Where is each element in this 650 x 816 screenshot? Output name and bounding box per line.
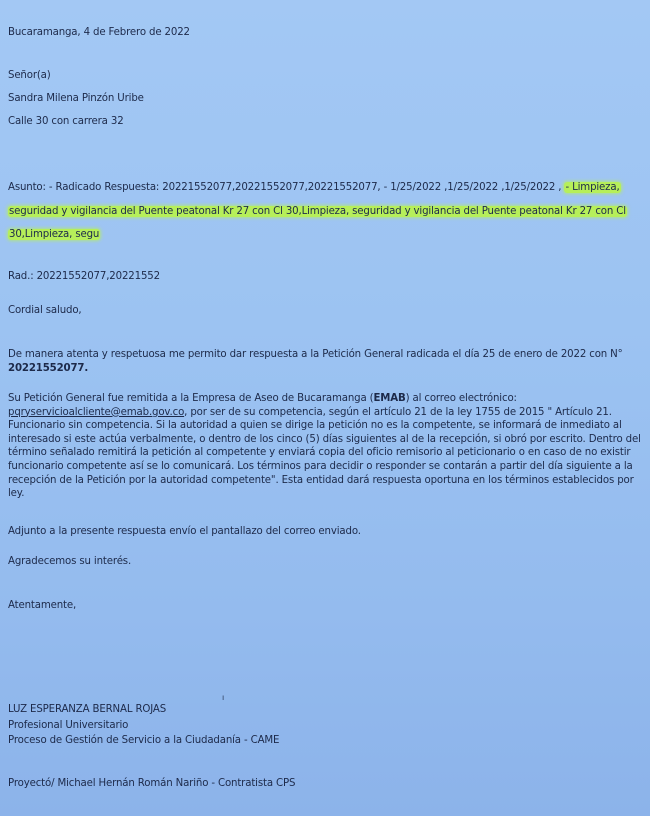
signer-department: Proceso de Gestión de Servicio a la Ciud… bbox=[8, 734, 279, 747]
email-link[interactable]: pqryservicioalcliente@emab.gov.co bbox=[8, 407, 184, 418]
prepared-by: Proyectó/ Michael Hernán Román Nariño - … bbox=[8, 777, 295, 790]
greeting: Cordial saludo, bbox=[8, 304, 82, 317]
intro-radicado: 20221552077. bbox=[8, 362, 638, 376]
body-text: , por ser de su competencia, según el ar… bbox=[184, 407, 612, 418]
attachment-note: Adjunto a la presente respuesta envío el… bbox=[8, 525, 361, 538]
body-line: término señalado remitirá la petición al… bbox=[8, 446, 638, 460]
subject-highlight: - Limpieza, bbox=[564, 182, 620, 193]
signer-name: LUZ ESPERANZA BERNAL ROJAS bbox=[8, 703, 166, 716]
place-date: Bucaramanga, 4 de Febrero de 2022 bbox=[8, 26, 190, 39]
subject-highlight: 30,Limpieza, segu bbox=[8, 229, 100, 240]
closing: Atentamente, bbox=[8, 599, 76, 612]
rad-reference: Rad.: 20221552077,20221552 bbox=[8, 270, 160, 283]
subject-line-2: seguridad y vigilancia del Puente peaton… bbox=[8, 205, 627, 218]
recipient-salutation: Señor(a) bbox=[8, 69, 51, 82]
subject-line-1: Asunto: - Radicado Respuesta: 2022155207… bbox=[8, 181, 621, 194]
intro-paragraph: De manera atenta y respetuosa me permito… bbox=[8, 348, 638, 375]
thanks: Agradecemos su interés. bbox=[8, 555, 131, 568]
body-line: Funcionario sin competencia. Si la autor… bbox=[8, 419, 638, 433]
recipient-address: Calle 30 con carrera 32 bbox=[8, 115, 124, 128]
subject-highlight: seguridad y vigilancia del Puente peaton… bbox=[8, 206, 627, 217]
subject-line-3: 30,Limpieza, segu bbox=[8, 228, 100, 241]
signer-title: Profesional Universitario bbox=[8, 719, 128, 732]
body-line: Su Petición General fue remitida a la Em… bbox=[8, 392, 638, 406]
body-line: pqryservicioalcliente@emab.gov.co, por s… bbox=[8, 406, 638, 420]
body-line: ley. bbox=[8, 487, 638, 501]
scanned-letter: Bucaramanga, 4 de Febrero de 2022 Señor(… bbox=[0, 0, 650, 816]
subject-text: Asunto: - Radicado Respuesta: 2022155207… bbox=[8, 182, 564, 193]
emab-acronym: EMAB bbox=[373, 393, 405, 404]
recipient-name: Sandra Milena Pinzón Uribe bbox=[8, 92, 144, 105]
paper-speck: ı bbox=[222, 693, 224, 702]
body-line: interesado si este actúa verbalmente, o … bbox=[8, 433, 638, 447]
intro-line: De manera atenta y respetuosa me permito… bbox=[8, 348, 638, 362]
body-line: funcionario competente así se lo comunic… bbox=[8, 460, 638, 474]
body-text: ) al correo electrónico: bbox=[406, 393, 517, 404]
body-line: recepción de la Petición por la autorida… bbox=[8, 474, 638, 488]
body-paragraph: Su Petición General fue remitida a la Em… bbox=[8, 392, 638, 501]
body-text: Su Petición General fue remitida a la Em… bbox=[8, 393, 373, 404]
